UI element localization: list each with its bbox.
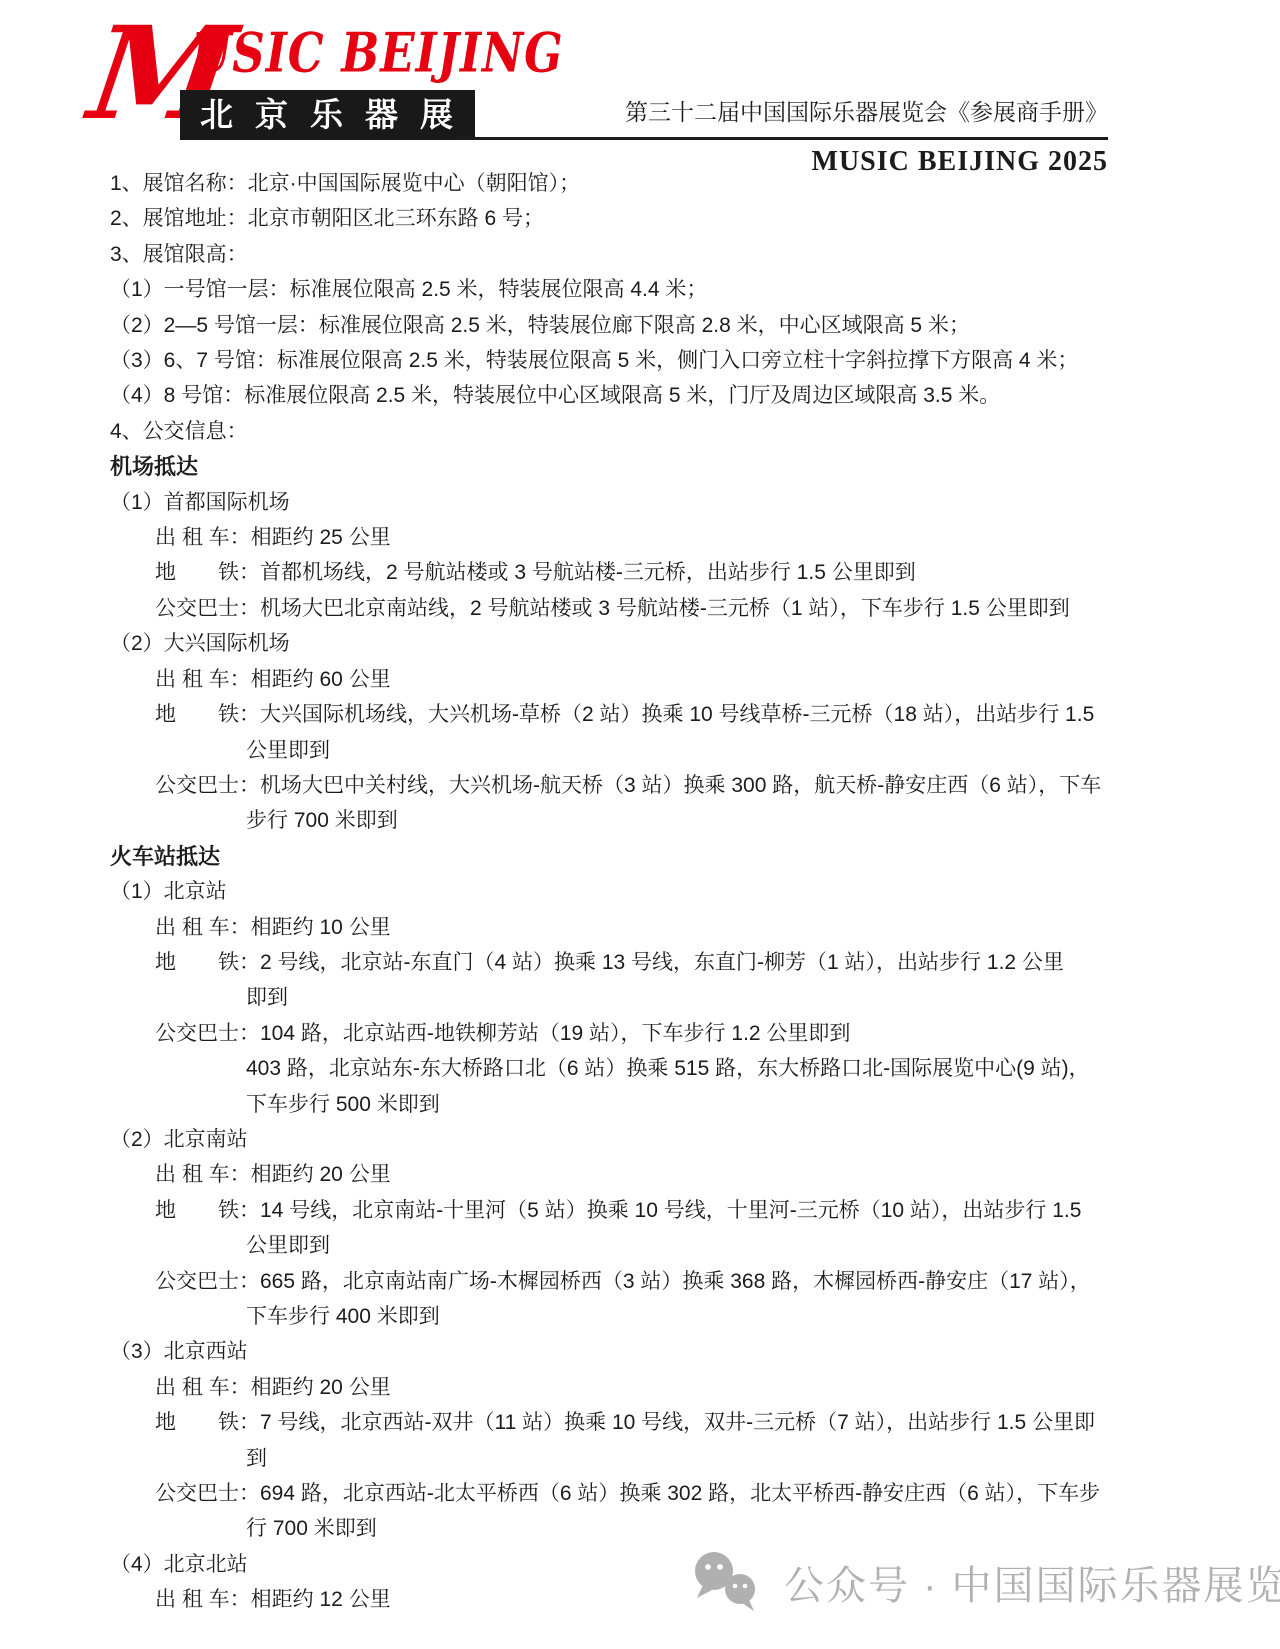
- handbook-title: 第三十二届中国国际乐器展览会《参展商手册》: [625, 94, 1108, 127]
- text-line: 出 租 车：相距约 20 公里: [110, 1157, 1190, 1192]
- handbook-page: M USIC BEIJING 北京乐器展 第三十二届中国国际乐器展览会《参展商手…: [0, 0, 1280, 1649]
- text-line: （1）一号馆一层：标准展位限高 2.5 米，特装展位限高 4.4 米；: [110, 272, 1190, 307]
- text-line: 3、展馆限高：: [110, 237, 1190, 272]
- text-line: 公交巴士：694 路，北京西站-北太平桥西（6 站）换乘 302 路，北太平桥西…: [110, 1476, 1190, 1511]
- text-line: 公交巴士：104 路，北京站西-地铁柳芳站（19 站），下车步行 1.2 公里即…: [110, 1016, 1190, 1051]
- text-line: 地 铁：7 号线，北京西站-双井（11 站）换乘 10 号线，双井-三元桥（7 …: [110, 1405, 1190, 1440]
- text-line: （2）2—5 号馆一层：标准展位限高 2.5 米，特装展位廊下限高 2.8 米，…: [110, 308, 1190, 343]
- text-line: 出 租 车：相距约 20 公里: [110, 1370, 1190, 1405]
- logo-chinese-band: 北京乐器展: [180, 90, 475, 140]
- text-line: 到: [110, 1441, 1190, 1476]
- text-line: 地 铁：大兴国际机场线，大兴机场-草桥（2 站）换乘 10 号线草桥-三元桥（1…: [110, 697, 1190, 732]
- text-line: （3）北京西站: [110, 1334, 1190, 1369]
- wechat-icon: [688, 1550, 768, 1614]
- logo-wordmark: USIC BEIJING: [192, 26, 564, 80]
- text-line: 403 路，北京站东-东大桥路口北（6 站）换乘 515 路，东大桥路口北-国际…: [110, 1051, 1190, 1086]
- header-divider: [455, 137, 1108, 140]
- section-heading: 机场抵达: [110, 449, 1190, 484]
- section-heading: 火车站抵达: [110, 839, 1190, 874]
- text-line: （1）首都国际机场: [110, 485, 1190, 520]
- text-line: 2、展馆地址：北京市朝阳区北三环东路 6 号；: [110, 201, 1190, 236]
- text-line: 出 租 车：相距约 60 公里: [110, 662, 1190, 697]
- text-line: 4、公交信息：: [110, 414, 1190, 449]
- text-line: 地 铁：14 号线，北京南站-十里河（5 站）换乘 10 号线，十里河-三元桥（…: [110, 1193, 1190, 1228]
- music-beijing-logo: M USIC BEIJING 北京乐器展: [92, 24, 472, 140]
- text-line: 下车步行 500 米即到: [110, 1087, 1190, 1122]
- text-line: 公里即到: [110, 1228, 1190, 1263]
- text-line: （4）8 号馆：标准展位限高 2.5 米，特装展位中心区域限高 5 米，门厅及周…: [110, 378, 1190, 413]
- text-line: （2）大兴国际机场: [110, 626, 1190, 661]
- text-line: 即到: [110, 980, 1190, 1015]
- watermark: 公众号 · 中国国际乐器展览会: [688, 1550, 1280, 1614]
- text-line: 1、展馆名称：北京·中国国际展览中心（朝阳馆）；: [110, 166, 1190, 201]
- text-line: （3）6、7 号馆：标准展位限高 2.5 米，特装展位限高 5 米，侧门入口旁立…: [110, 343, 1190, 378]
- text-line: 出 租 车：相距约 25 公里: [110, 520, 1190, 555]
- text-line: 出 租 车：相距约 10 公里: [110, 910, 1190, 945]
- text-line: （1）北京站: [110, 874, 1190, 909]
- text-line: 步行 700 米即到: [110, 803, 1190, 838]
- text-line: 下车步行 400 米即到: [110, 1299, 1190, 1334]
- text-line: 地 铁：2 号线，北京站-东直门（4 站）换乘 13 号线，东直门-柳芳（1 站…: [110, 945, 1190, 980]
- text-line: 地 铁：首都机场线，2 号航站楼或 3 号航站楼-三元桥，出站步行 1.5 公里…: [110, 555, 1190, 590]
- text-line: 公交巴士：机场大巴中关村线，大兴机场-航天桥（3 站）换乘 300 路，航天桥-…: [110, 768, 1190, 803]
- text-line: 公交巴士：665 路，北京南站南广场-木樨园桥西（3 站）换乘 368 路，木樨…: [110, 1264, 1190, 1299]
- text-line: 公交巴士：机场大巴北京南站线，2 号航站楼或 3 号航站楼-三元桥（1 站），下…: [110, 591, 1190, 626]
- text-line: 行 700 米即到: [110, 1511, 1190, 1546]
- body-lines: 1、展馆名称：北京·中国国际展览中心（朝阳馆）；2、展馆地址：北京市朝阳区北三环…: [110, 166, 1190, 1618]
- text-line: 公里即到: [110, 733, 1190, 768]
- text-line: （2）北京南站: [110, 1122, 1190, 1157]
- watermark-text: 公众号 · 中国国际乐器展览会: [784, 1554, 1280, 1611]
